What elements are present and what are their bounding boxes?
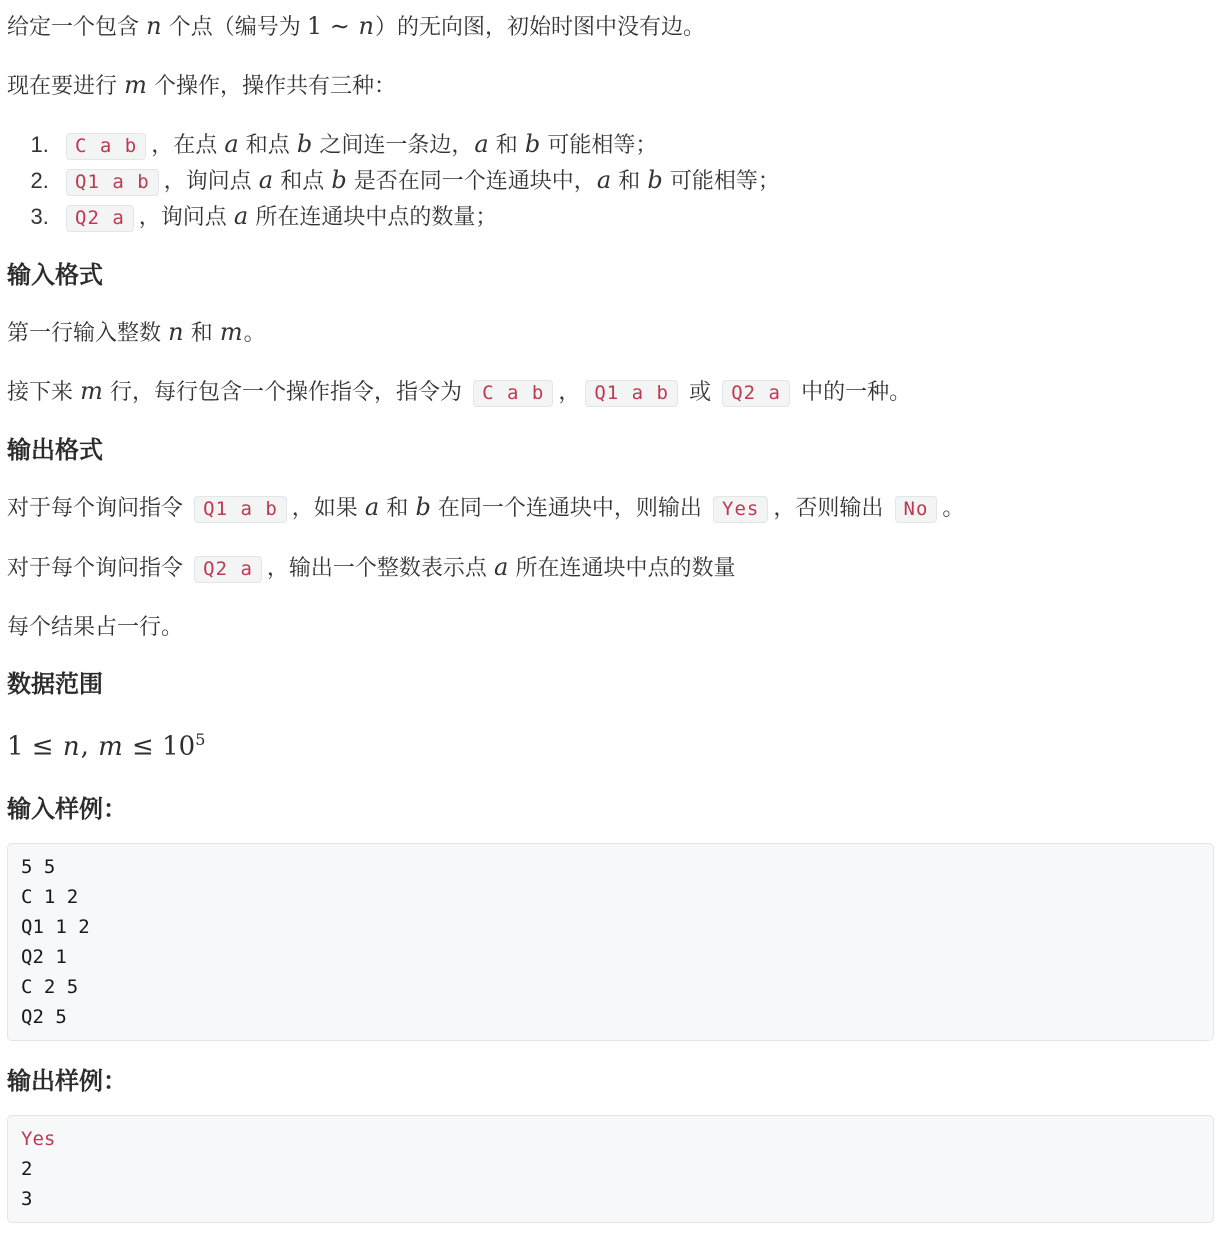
text-run: 接下来 [7,379,79,404]
math-variable: b [330,166,347,194]
math-variable: m [97,732,124,762]
math-variable: n [167,318,184,346]
output-format-paragraph-1: 对于每个询问指令 Q1 a b，如果 a 和 b 在同一个连通块中，则输出 Ye… [7,490,1214,526]
inline-code: C a b [66,133,146,160]
text-run: 之间连一条边， [313,132,473,157]
text-run: ， [558,379,580,404]
math-variable: a [364,493,380,521]
output-sample-heading: 输出样例： [7,1067,1214,1097]
text-run: 中的一种。 [795,379,911,404]
math-variable: m [123,71,148,99]
text-run: 所在连通块中点的数量 [509,555,735,580]
math-number: 1 ∼ [307,12,358,40]
intro-paragraph-1: 给定一个包含 n 个点（编号为 1 ∼ n）的无向图，初始时图中没有边。 [7,9,1214,44]
text-run: 第一行输入整数 [7,320,167,345]
math-variable: a [258,166,274,194]
data-range-section: 数据范围 1 ≤ n, m ≤ 105 [7,670,1214,769]
text-run: 在同一个连通块中，则输出 [432,495,708,520]
math-variable: a [223,130,239,158]
text-run: ，输出一个整数表示点 [267,555,493,580]
code-line: C 1 2 [21,882,1200,912]
input-format-heading: 输入格式 [7,261,1214,291]
inline-code: Yes [713,496,768,523]
problem-statement: 给定一个包含 n 个点（编号为 1 ∼ n）的无向图，初始时图中没有边。 现在要… [7,9,1214,1223]
code-line: Q2 1 [21,942,1200,972]
code-line: C 2 5 [21,972,1200,1002]
math-variable: n [145,12,162,40]
output-format-paragraph-3: 每个结果占一行。 [7,610,1214,644]
data-range-heading: 数据范围 [7,670,1214,700]
inline-code: Q2 a [194,556,262,583]
inline-code: Q2 a [66,205,134,232]
text-run: 给定一个包含 [7,14,145,39]
operation-item-2: Q1 a b，询问点 a 和点 b 是否在同一个连通块中，a 和 b 可能相等； [55,163,1214,199]
text-run: 和 [612,168,646,193]
math-variable: m [219,318,244,346]
text-run: 现在要进行 [7,73,123,98]
code-line: Q2 5 [21,1002,1200,1032]
inline-code: Q1 a b [66,169,159,196]
text-run: 所在连通块中点的数量； [249,204,497,229]
math-number: 1 ≤ [7,732,62,762]
data-range-formula: 1 ≤ n, m ≤ 105 [7,718,1214,769]
text-run: 。 [244,320,266,345]
text-run: ，在点 [151,132,223,157]
inline-code: Q2 a [722,380,790,407]
output-format-section: 输出格式 对于每个询问指令 Q1 a b，如果 a 和 b 在同一个连通块中，则… [7,436,1214,644]
math-variable: m [79,377,104,405]
math-variable: a [233,202,249,230]
math-variable: n [62,732,81,762]
math-variable: a [596,166,612,194]
operation-item-1: C a b，在点 a 和点 b 之间连一条边，a 和 b 可能相等； [55,127,1214,163]
text-run: 可能相等； [664,168,780,193]
text-run: 行，每行包含一个操作指令，指令为 [104,379,468,404]
code-line: 5 5 [21,852,1200,882]
output-format-paragraph-2: 对于每个询问指令 Q2 a，输出一个整数表示点 a 所在连通块中点的数量 [7,550,1214,586]
text-run: 每个结果占一行。 [7,614,183,639]
code-line: 3 [21,1184,1200,1214]
math-superscript: 5 [195,730,205,749]
math-number: ≤ 10 [124,732,195,762]
inline-code: C a b [473,380,553,407]
text-run: 可能相等； [541,132,657,157]
math-variable: b [524,130,541,158]
inline-code: No [895,496,938,523]
math-variable: a [493,553,509,581]
output-sample-code-block: Yes23 [7,1115,1214,1223]
math-variable: b [646,166,663,194]
output-format-heading: 输出格式 [7,436,1214,466]
math-number: , [81,732,98,762]
text-run: ，询问点 [139,204,233,229]
text-run: 是否在同一个连通块中， [348,168,596,193]
inline-code: Q1 a b [585,380,678,407]
output-sample-section: 输出样例： Yes23 [7,1067,1214,1223]
operations-list: C a b，在点 a 和点 b 之间连一条边，a 和 b 可能相等； Q1 a … [7,127,1214,235]
text-run: 个操作，操作共有三种： [148,73,396,98]
text-run: ，否则输出 [773,495,889,520]
math-variable: b [296,130,313,158]
text-run: ，询问点 [164,168,258,193]
text-run: 或 [683,379,717,404]
input-sample-section: 输入样例： 5 5C 1 2Q1 1 2Q2 1C 2 5Q2 5 [7,795,1214,1041]
text-run: 和点 [274,168,330,193]
text-run: 和 [490,132,524,157]
input-sample-heading: 输入样例： [7,795,1214,825]
math-variable: b [414,493,431,521]
text-run: 。 [942,495,964,520]
text-run: 对于每个询问指令 [7,495,189,520]
text-run: 和 [185,320,219,345]
text-run: 个点（编号为 [163,14,307,39]
input-format-paragraph-2: 接下来 m 行，每行包含一个操作指令，指令为 C a b，Q1 a b 或 Q2… [7,374,1214,410]
operation-item-3: Q2 a，询问点 a 所在连通块中点的数量； [55,199,1214,235]
math-variable: a [473,130,489,158]
text-run: 和 [380,495,414,520]
code-line: Yes [21,1124,1200,1154]
input-format-section: 输入格式 第一行输入整数 n 和 m。 接下来 m 行，每行包含一个操作指令，指… [7,261,1214,410]
input-sample-code-block: 5 5C 1 2Q1 1 2Q2 1C 2 5Q2 5 [7,843,1214,1041]
text-run: ）的无向图，初始时图中没有边。 [375,14,705,39]
input-format-paragraph-1: 第一行输入整数 n 和 m。 [7,315,1214,350]
math-variable: n [357,12,374,40]
code-line: Q1 1 2 [21,912,1200,942]
inline-code: Q1 a b [194,496,287,523]
intro-paragraph-2: 现在要进行 m 个操作，操作共有三种： [7,68,1214,103]
text-run: 对于每个询问指令 [7,555,189,580]
text-run: 和点 [240,132,296,157]
code-line: 2 [21,1154,1200,1184]
text-run: ，如果 [292,495,364,520]
